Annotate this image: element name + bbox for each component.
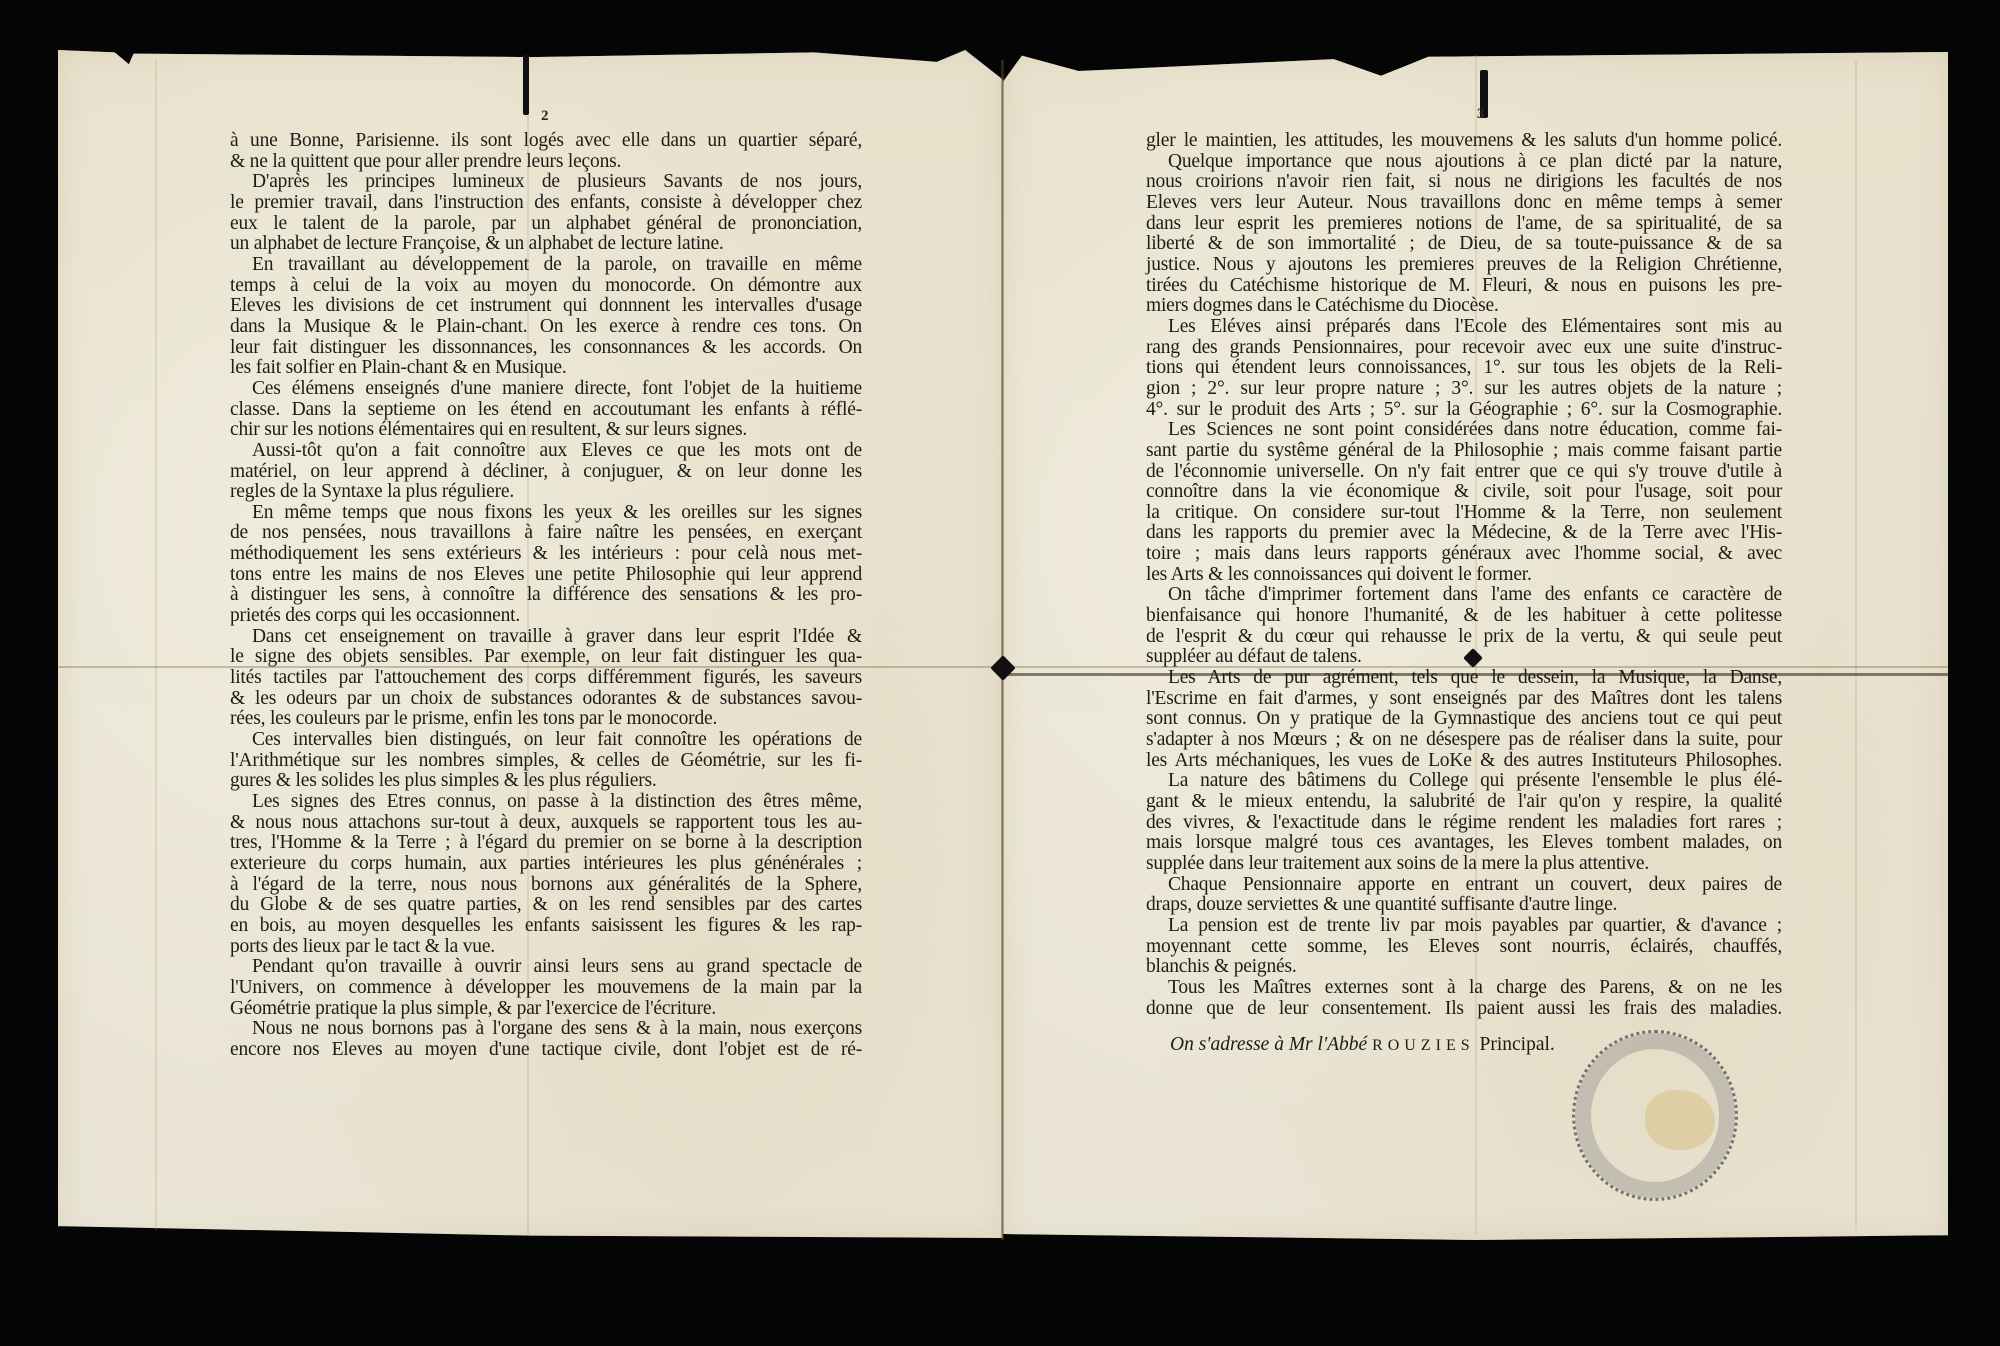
text-line: leur fait distinguer les dissonnances, l… <box>230 338 862 359</box>
text-line: & nous nous attachons sur-tout à deux, a… <box>230 813 862 834</box>
text-line: sont connus. On y pratique de la Gymnast… <box>1146 709 1782 730</box>
text-line: les fait solfier en Plain-chant & en Mus… <box>230 358 862 379</box>
text-line: Eleves les divisions de cet instrument q… <box>230 296 862 317</box>
paper-crease <box>155 60 157 1230</box>
text-line: Ces intervalles bien distingués, on leur… <box>230 730 862 751</box>
text-line: chir sur les notions élémentaires qui en… <box>230 420 862 441</box>
text-line: classe. Dans la septieme on les étend en… <box>230 400 862 421</box>
top-tear <box>523 55 529 115</box>
text-line: les Arts méchaniques, les vues de LoKe &… <box>1146 751 1782 772</box>
text-line: Eleves vers leur Auteur. Nous travaillon… <box>1146 193 1782 214</box>
text-line: & les odeurs par un choix de substances … <box>230 689 862 710</box>
text-line: à distinguer les sens, à connoître la di… <box>230 585 862 606</box>
text-line: suppléer au défaut de talens. <box>1146 647 1782 668</box>
text-line: rées, les couleurs par le prisme, enfin … <box>230 709 862 730</box>
text-line: moyennant cette somme, les Eleves sont n… <box>1146 937 1782 958</box>
text-line: l'Escrime en fait d'armes, y sont enseig… <box>1146 689 1782 710</box>
text-line: le premier travail, dans l'instruction d… <box>230 193 862 214</box>
text-line: l'Univers, on commence à développer les … <box>230 978 862 999</box>
text-line: lités tactiles par l'attouchement des co… <box>230 668 862 689</box>
center-fold <box>1001 60 1004 1240</box>
text-line: méthodiquement les sens extérieurs & les… <box>230 544 862 565</box>
text-line: Dans cet enseignement on travaille à gra… <box>230 627 862 648</box>
text-line: l'Arithmétique sur les nombres simples, … <box>230 751 862 772</box>
text-line: justice. Nous y ajoutons les premieres p… <box>1146 255 1782 276</box>
text-line: La pension est de trente liv par mois pa… <box>1146 916 1782 937</box>
text-line: On tâche d'imprimer fortement dans l'ame… <box>1146 585 1782 606</box>
text-line: de l'éconnomie universelle. On n'y fait … <box>1146 462 1782 483</box>
text-line: & ne la quittent que pour aller prendre … <box>230 152 862 173</box>
text-line: En travaillant au développement de la pa… <box>230 255 862 276</box>
text-line: en bois, au moyen desquelles les enfants… <box>230 916 862 937</box>
text-line: la critique. On considere sur-tout l'Hom… <box>1146 503 1782 524</box>
text-line: eux le talent de la parole, par un alpha… <box>230 214 862 235</box>
text-line: liberté & de son immortalité ; de Dieu, … <box>1146 234 1782 255</box>
signature-name: ROUZIES <box>1372 1037 1475 1054</box>
text-line: matériel, on leur apprend à décliner, à … <box>230 462 862 483</box>
text-line: Pendant qu'on travaille à ouvrir ainsi l… <box>230 957 862 978</box>
text-line: Géométrie pratique la plus simple, & par… <box>230 999 862 1020</box>
paper-crease <box>1855 60 1857 1230</box>
text-line: Aussi-tôt qu'on a fait connoître aux Ele… <box>230 441 862 462</box>
ink-stamp-icon <box>1572 1030 1738 1201</box>
text-line: draps, douze serviettes & une quantité s… <box>1146 895 1782 916</box>
text-line: Les signes des Etres connus, on passe à … <box>230 792 862 813</box>
signature-prefix: On s'adresse à Mr l'Abbé <box>1170 1034 1367 1055</box>
text-line: toire ; mais dans leurs rapports générau… <box>1146 544 1782 565</box>
text-line: les Arts & les connoissances qui doivent… <box>1146 565 1782 586</box>
text-line: connoître dans la vie économique & civil… <box>1146 482 1782 503</box>
text-line: D'après les principes lumineux de plusie… <box>230 172 862 193</box>
text-line: sant partie du systême général de la Phi… <box>1146 441 1782 462</box>
text-line: gler le maintien, les attitudes, les mou… <box>1146 131 1782 152</box>
text-line: regles de la Syntaxe la plus réguliere. <box>230 482 862 503</box>
text-line: encore nos Eleves au moyen d'une tactiqu… <box>230 1040 862 1061</box>
text-line: des vivres, & l'exactitude dans le régim… <box>1146 813 1782 834</box>
text-line: donne que de leur consentement. Ils paie… <box>1146 999 1782 1020</box>
text-line: rang des grands Pensionnaires, pour rece… <box>1146 338 1782 359</box>
text-line: gures & les solides les plus simples & l… <box>230 771 862 792</box>
text-line: ports des lieux par le tact & la vue. <box>230 937 862 958</box>
right-page-text: gler le maintien, les attitudes, les mou… <box>1146 131 1782 1019</box>
text-line: bienfaisance qui honore l'humanité, & de… <box>1146 606 1782 627</box>
text-line: Les Arts de pur agrément, tels que le de… <box>1146 668 1782 689</box>
text-line: Ces élémens enseignés d'une maniere dire… <box>230 379 862 400</box>
text-line: Quelque importance que nous ajoutions à … <box>1146 152 1782 173</box>
text-line: gion ; 2°. sur leur propre nature ; 3°. … <box>1146 379 1782 400</box>
text-line: à l'égard de la terre, nous nous bornons… <box>230 875 862 896</box>
text-line: temps à celui de la voix au moyen du mon… <box>230 276 862 297</box>
left-page-text: à une Bonne, Parisienne. ils sont logés … <box>230 131 862 1061</box>
text-line: blanchis & peignés. <box>1146 957 1782 978</box>
text-line: exterieure du corps humain, aux parties … <box>230 854 862 875</box>
text-line: Les Eléves ainsi préparés dans l'Ecole d… <box>1146 317 1782 338</box>
text-line: mais lorsque malgré tous ces avantages, … <box>1146 833 1782 854</box>
text-line: dans la Musique & le Plain-chant. On les… <box>230 317 862 338</box>
text-line: à une Bonne, Parisienne. ils sont logés … <box>230 131 862 152</box>
text-line: s'adapter à nos Mœurs ; & on ne désesper… <box>1146 730 1782 751</box>
text-line: Les Sciences ne sont point considérées d… <box>1146 420 1782 441</box>
text-line: Tous les Maîtres externes sont à la char… <box>1146 978 1782 999</box>
text-line: tons entre les mains de nos Eleves une p… <box>230 565 862 586</box>
document-spread: 2 3 à une Bonne, Parisienne. ils sont lo… <box>0 0 2000 1346</box>
text-line: tions qui étendent leurs connoissances, … <box>1146 358 1782 379</box>
text-line: gant & le mieux entendu, la salubrité de… <box>1146 792 1782 813</box>
page-number-left: 2 <box>541 108 549 125</box>
text-line: 4°. sur le produit des Arts ; 5°. sur la… <box>1146 400 1782 421</box>
signature-line: On s'adresse à Mr l'Abbé ROUZIES Princip… <box>1170 1034 1555 1056</box>
text-line: miers dogmes dans le Catéchisme du Diocè… <box>1146 296 1782 317</box>
text-line: Chaque Pensionnaire apporte en entrant u… <box>1146 875 1782 896</box>
text-line: En même temps que nous fixons les yeux &… <box>230 503 862 524</box>
text-line: du Globe & de ses quatre parties, & on l… <box>230 895 862 916</box>
page-number-right: 3 <box>1477 106 1485 123</box>
text-line: Nous ne nous bornons pas à l'organe des … <box>230 1019 862 1040</box>
text-line: tres, l'Homme & la Terre ; à l'égard du … <box>230 833 862 854</box>
text-line: supplée dans leur traitement aux soins d… <box>1146 854 1782 875</box>
text-line: dans les rapports du premier avec la Méd… <box>1146 523 1782 544</box>
text-line: La nature des bâtimens du College qui pr… <box>1146 771 1782 792</box>
text-line: le signe des objets sensibles. Par exemp… <box>230 647 862 668</box>
text-line: prietés des corps qui les occasionnent. <box>230 606 862 627</box>
text-line: nous croirions n'avoir rien fait, si nou… <box>1146 172 1782 193</box>
text-line: de nos pensées, nous travaillons à faire… <box>230 523 862 544</box>
text-line: tirées du Catéchisme historique de M. Fl… <box>1146 276 1782 297</box>
text-line: dans leur esprit les premieres notions d… <box>1146 214 1782 235</box>
text-line: de l'esprit & du cœur qui rehausse le pr… <box>1146 627 1782 648</box>
signature-title: Principal. <box>1480 1034 1555 1055</box>
text-line: un alphabet de lecture Françoise, & un a… <box>230 234 862 255</box>
